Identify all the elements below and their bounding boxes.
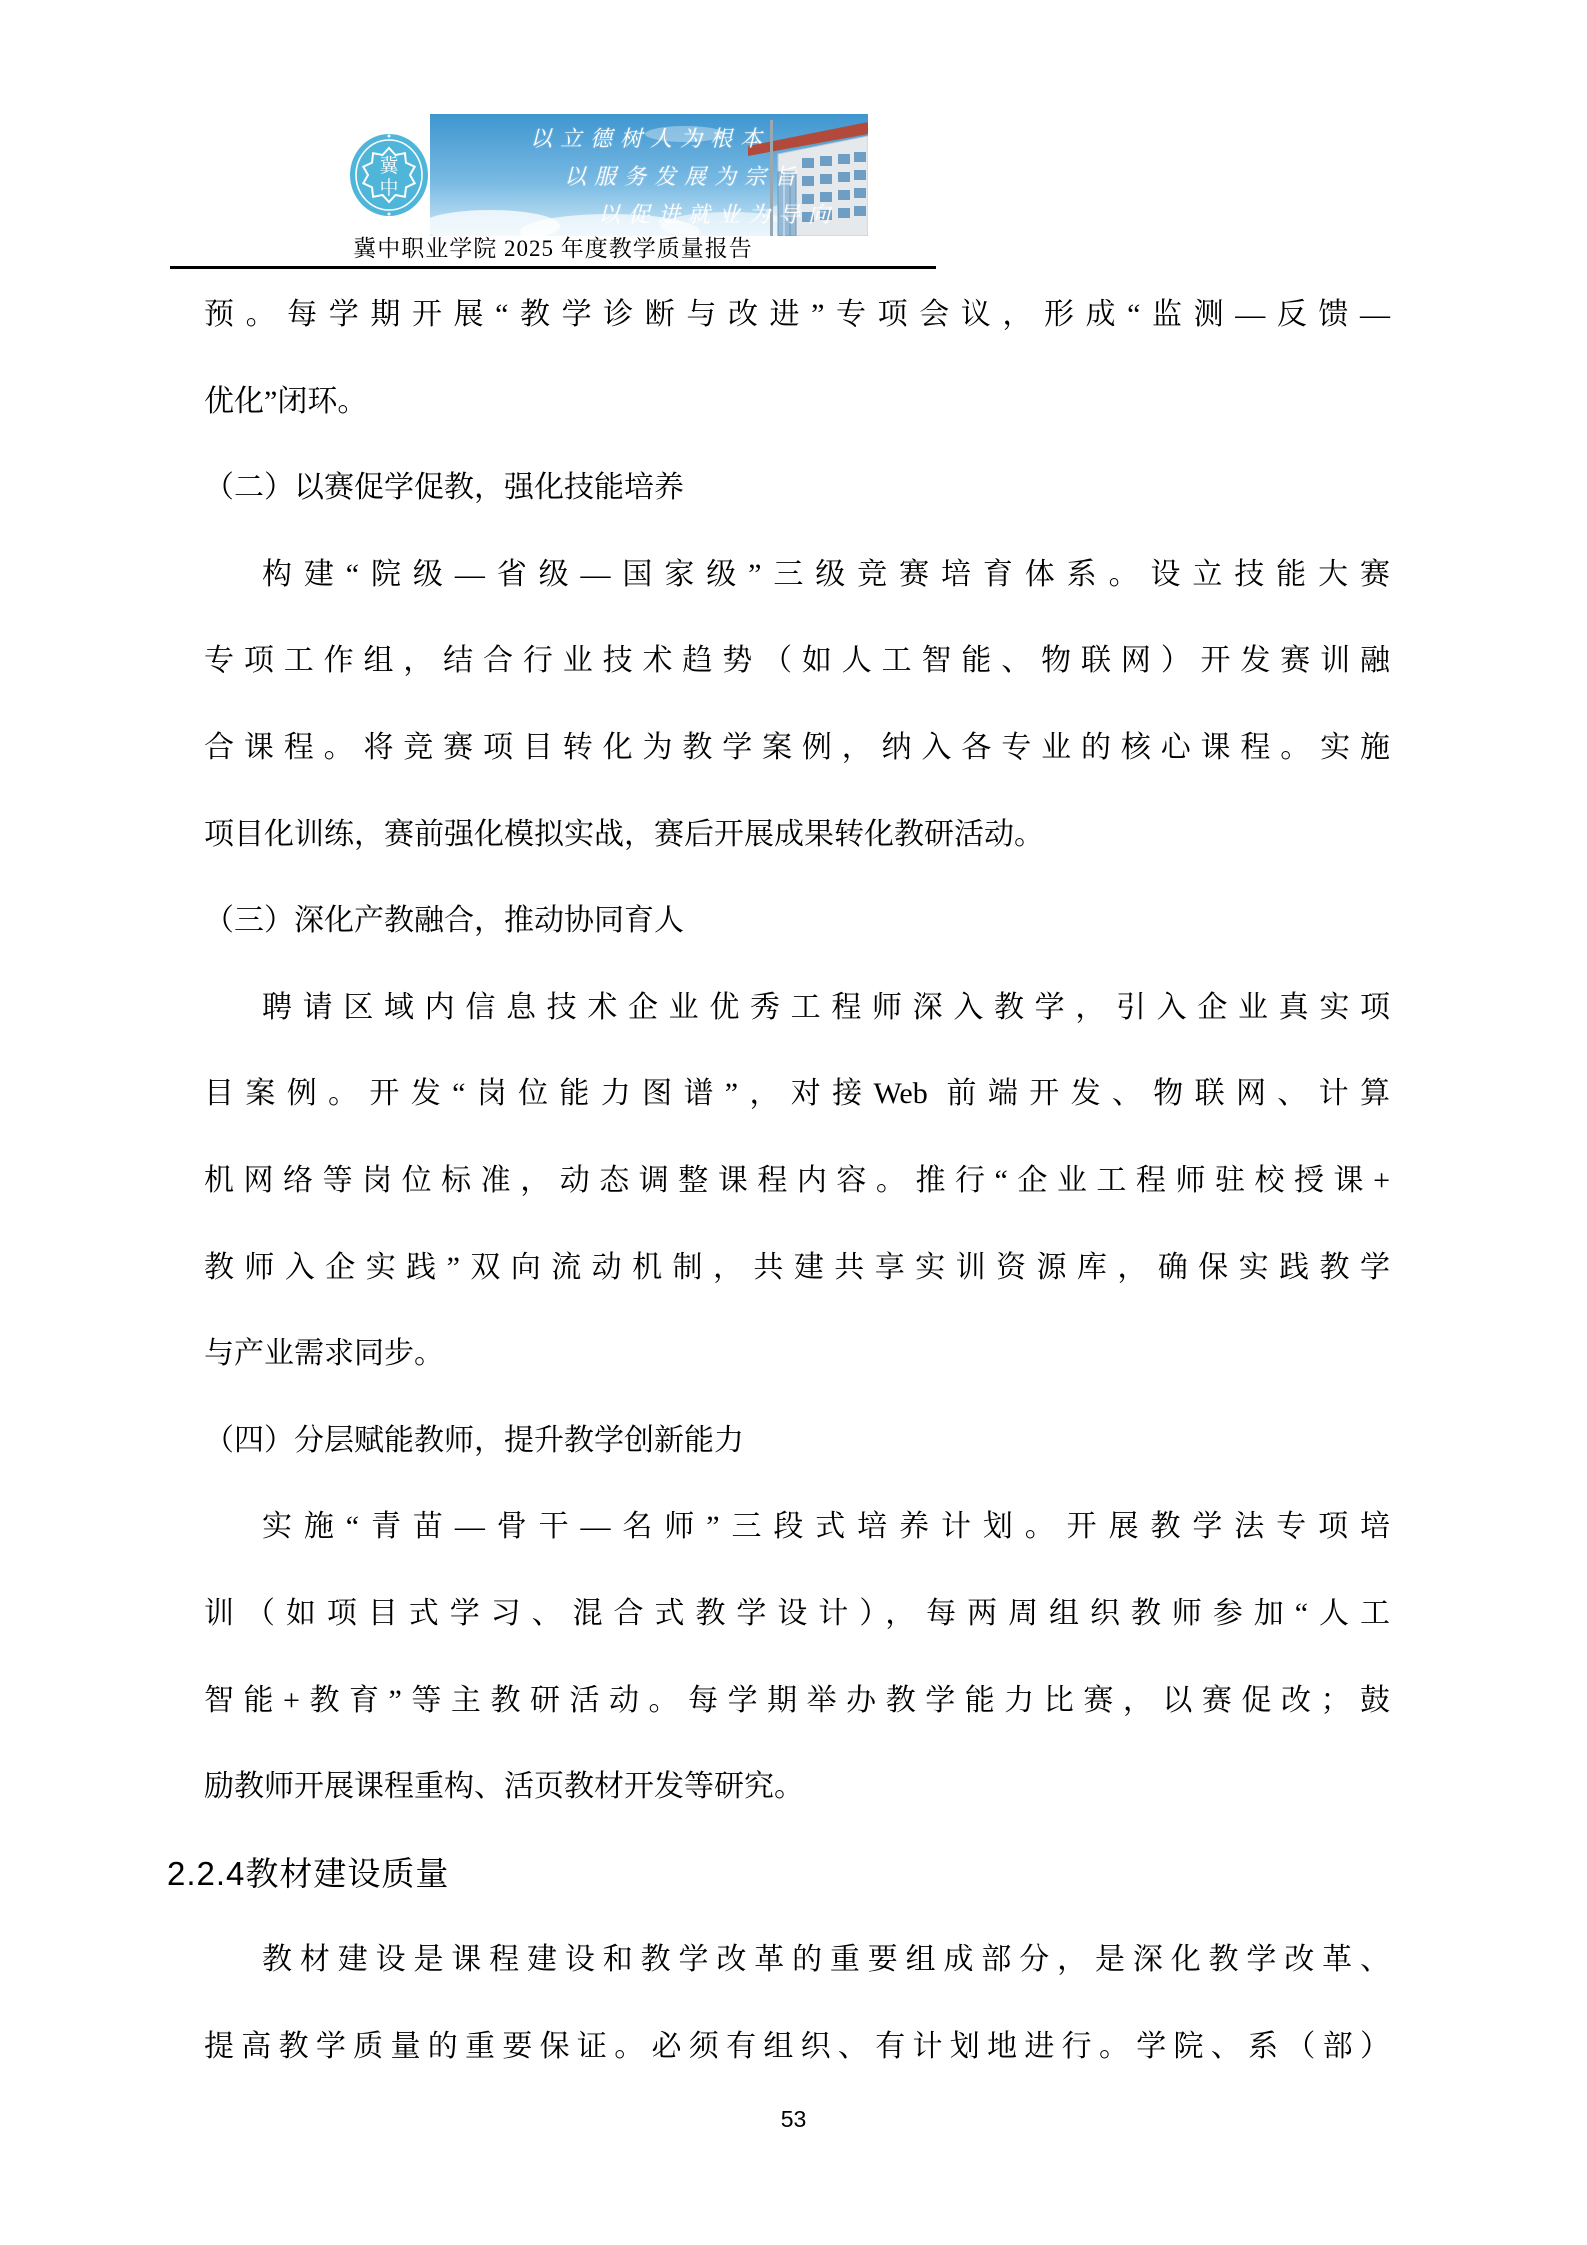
college-logo: 冀 中 bbox=[348, 114, 430, 236]
text-line: 目案例。开发“岗位能力图谱”，对接Web 前端开发、物联网、计算 bbox=[204, 1051, 1390, 1138]
text-line: 实施“青苗—骨干—名师”三段式培养计划。开展教学法专项培 bbox=[204, 1484, 1390, 1571]
banner-slogan-3: 以促进就业为导向 bbox=[598, 198, 838, 229]
text-line: 专项工作组，结合行业技术趋势（如人工智能、物联网）开发赛训融 bbox=[204, 618, 1390, 705]
document-body: 预。每学期开展“教学诊断与改进”专项会议，形成“监测—反馈—优化”闭环。（二）以… bbox=[0, 272, 1587, 2090]
text-line: 构建“院级—省级—国家级”三级竞赛培育体系。设立技能大赛 bbox=[204, 532, 1390, 619]
text-line: 机网络等岗位标准，动态调整课程内容。推行“企业工程师驻校授课+ bbox=[204, 1138, 1390, 1225]
text-line: 聘请区域内信息技术企业优秀工程师深入教学，引入企业真实项 bbox=[204, 965, 1390, 1052]
document-page: 冀 中 bbox=[0, 0, 1587, 2245]
text-line: 训（如项目式学习、混合式教学设计），每两周组织教师参加“人工 bbox=[204, 1571, 1390, 1658]
text-line: 优化”闭环。 bbox=[204, 359, 1390, 446]
text-line: 教材建设是课程建设和教学改革的重要组成部分，是深化教学改革、 bbox=[204, 1917, 1390, 2004]
banner-slogan-2: 以服务发展为宗旨 bbox=[564, 160, 804, 191]
text-line: （二）以赛促学促教，强化技能培养 bbox=[204, 445, 1390, 532]
text-line: 2.2.4教材建设质量 bbox=[167, 1831, 1390, 1918]
header-banner-image: 冀 中 bbox=[348, 114, 868, 236]
text-line: （三）深化产教融合，推动协同育人 bbox=[204, 878, 1390, 965]
text-line: 励教师开展课程重构、活页教材开发等研究。 bbox=[204, 1744, 1390, 1831]
banner-sky: 以立德树人为根本 以服务发展为宗旨 以促进就业为导向 bbox=[430, 114, 868, 236]
page-footer: 53 bbox=[0, 2106, 1587, 2133]
text-line: 教师入企实践”双向流动机制，共建共享实训资源库，确保实践教学 bbox=[204, 1225, 1390, 1312]
college-logo-emblem: 冀 中 bbox=[348, 114, 430, 236]
page-number: 53 bbox=[781, 2106, 807, 2132]
logo-char-top: 冀 bbox=[379, 155, 399, 177]
text-line: （四）分层赋能教师，提升教学创新能力 bbox=[204, 1398, 1390, 1485]
header-rule bbox=[170, 266, 936, 269]
text-line: 智能+教育”等主教研活动。每学期举办教学能力比赛，以赛促改；鼓 bbox=[204, 1658, 1390, 1745]
text-line: 合课程。将竞赛项目转化为教学案例，纳入各专业的核心课程。实施 bbox=[204, 705, 1390, 792]
banner-slogan-1: 以立德树人为根本 bbox=[530, 122, 770, 153]
logo-char-bottom: 中 bbox=[379, 177, 398, 199]
text-line: 提高教学质量的重要保证。必须有组织、有计划地进行。学院、系（部） bbox=[204, 2004, 1390, 2091]
text-line: 预。每学期开展“教学诊断与改进”专项会议，形成“监测—反馈— bbox=[204, 272, 1390, 359]
text-line: 项目化训练，赛前强化模拟实战，赛后开展成果转化教研活动。 bbox=[204, 792, 1390, 879]
text-line: 与产业需求同步。 bbox=[204, 1311, 1390, 1398]
header-title: 冀中职业学院 2025 年度教学质量报告 bbox=[170, 230, 936, 263]
